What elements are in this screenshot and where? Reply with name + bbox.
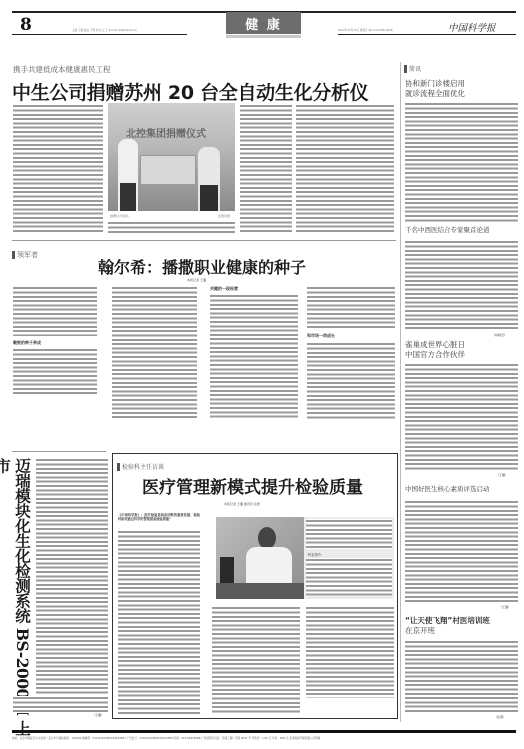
feature-col4-b: [307, 342, 395, 420]
interview-col3: [306, 606, 394, 698]
feature-subhead-1: 敏锐的种子养成: [13, 340, 41, 346]
sidebar-item-5-body: [405, 640, 518, 714]
interview-byline: 本报记者 王璐 通讯员 张惠: [224, 502, 260, 506]
sidebar-item-2-title: 千名中西医结合专家聚首论道: [405, 225, 490, 235]
interview-photo: [216, 517, 304, 599]
page-number: 8: [20, 15, 32, 35]
sidebar-item-1-title-line1: 协和新门诊楼启用: [405, 79, 465, 89]
date-line: 2012年10月19日 星期五 Tel: 010 82614578: [338, 28, 428, 32]
feature-col2: [112, 286, 197, 420]
feature-col4-a: [307, 286, 395, 328]
interview-col1: [118, 530, 200, 715]
photo-person-left-legs: [120, 183, 136, 211]
editor-line: 主编 王超 副总 于明 校对 么 王 E-mail: kb@stimes.cn: [72, 28, 187, 32]
photo-person-right-legs: [200, 185, 218, 211]
footer-info: 地址：北京市海淀区中关村南一条乙3号 邮政编码：100190 编辑部：010-6…: [12, 736, 516, 740]
feature-subhead-3: 和市场一同成长: [307, 333, 335, 339]
lead-kicker: 携手共建低成本健康惠民工程: [13, 64, 111, 75]
sidebar-item-4-body: [405, 500, 518, 602]
sidebar-item-4-source: （王璐）: [499, 605, 511, 609]
section-banner: 健 康: [226, 12, 301, 34]
feature-byline: 本报记者 王璐: [187, 278, 206, 282]
sidebar-item-3-title-line1: 雀巢成世界心脏日: [405, 340, 465, 350]
paper-name-logo: 中国科学报: [448, 20, 496, 34]
vertical-story-tail: [13, 696, 108, 713]
photo-desk: [216, 583, 304, 599]
interview-headline: 医疗管理新模式提升检验质量: [142, 473, 363, 498]
section-title: 健 康: [245, 14, 282, 33]
sidebar-item-5-title-line1: “让天使飞翔”村医培训班: [405, 616, 490, 626]
sidebar-item-1-title: 协和新门诊楼启用 就诊流程全面优化: [405, 79, 465, 99]
interview-profile-label: 科室简介：: [308, 552, 324, 557]
sidebar-item-2-source: （杨晓宏）: [492, 333, 507, 337]
sidebar-divider: [400, 62, 401, 722]
photo-doctor-head: [258, 527, 276, 549]
interview-lead-question: 《中国科学报》：医疗检验是临床诊断的重要依据，检验科如何通过科学的管理提高检验质…: [118, 513, 200, 527]
sidebar-item-5-title-line2: 在京开班: [405, 626, 490, 636]
feature-col1-a: [13, 286, 97, 336]
vertical-story-source: （王璐）: [92, 713, 104, 717]
masthead-left-rule: [12, 34, 187, 35]
footer-rule: [12, 730, 516, 733]
interview-profile-detail: [306, 558, 392, 596]
lead-body-col3: [240, 104, 292, 234]
masthead-right-rule: [338, 34, 516, 35]
sidebar-item-3-title: 雀巢成世界心脏日 中国官方合作伙伴: [405, 340, 465, 360]
photo-banner: 北控集团捐赠仪式: [126, 125, 206, 140]
sidebar-item-1-title-line2: 就诊流程全面优化: [405, 89, 465, 99]
lead-body-col2-bottom: [108, 221, 235, 234]
sidebar-item-3-source: （王璐）: [496, 473, 508, 477]
feature-column-tag: 领军者: [12, 250, 38, 260]
interview-col2: [212, 606, 300, 714]
sidebar-item-5-source: （张惠）: [494, 715, 506, 719]
lead-bottom-rule: [12, 240, 396, 241]
sidebar-item-3-body: [405, 363, 518, 471]
sidebar-item-1-body: [405, 102, 518, 222]
feature-col1-b: [13, 348, 97, 396]
lead-photo-caption: 捐赠仪式现场。: [110, 214, 131, 218]
sidebar-item-3-title-line2: 中国官方合作伙伴: [405, 350, 465, 360]
interview-profile-text: [306, 519, 392, 549]
lead-headline: 中生公司捐赠苏州 20 台全自动生化分析仪: [12, 78, 368, 105]
sidebar-section-tag: 简讯: [404, 64, 421, 73]
sidebar-item-4-title: 中国好医生核心素质评选启动: [405, 484, 490, 494]
vertical-story-body: [36, 458, 108, 694]
feature-subhead-2: 关键的一段经营: [210, 286, 238, 292]
feature-col3: [210, 294, 298, 420]
lead-body-col1: [13, 104, 103, 232]
sidebar-item-2-body: [405, 240, 518, 330]
photo-board: [140, 155, 196, 185]
lead-body-col4: [296, 104, 394, 234]
section-banner-underbar: [226, 35, 301, 38]
lead-photo-credit: 张惠供图: [218, 214, 230, 218]
feature-headline: 翰尔希：播撒职业健康的种子: [98, 255, 306, 278]
interview-column-tag: 检验科主任访谈: [117, 462, 164, 471]
lead-photo: 北控集团捐赠仪式: [108, 103, 235, 211]
sidebar-item-5-title: “让天使飞翔”村医培训班 在京开班: [405, 616, 490, 636]
vertical-story-top-rule: [12, 451, 106, 452]
